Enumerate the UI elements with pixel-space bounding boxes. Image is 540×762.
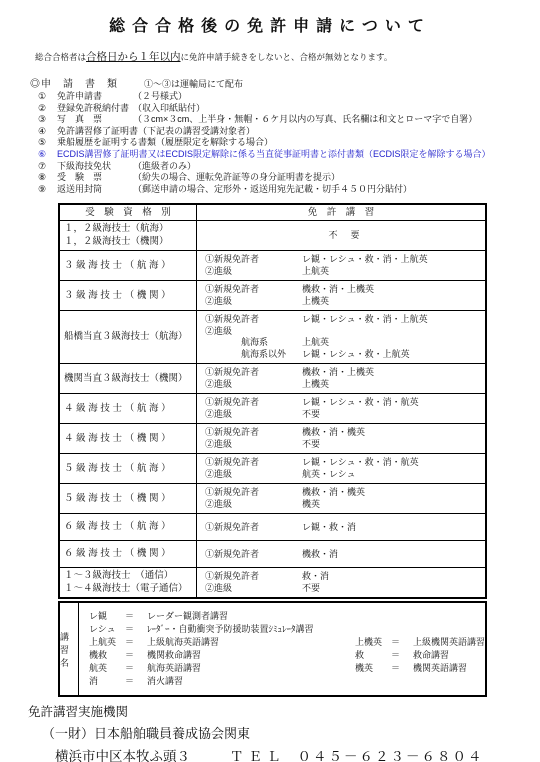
table-header-row: 受 験 資 格 別 免 許 講 習 — [60, 205, 485, 221]
table-row-grade5-nav: ５ 級 海 技 士 （ 航 海 ） ①新規免許者レ観・レシュ・救・消・航英 ②進… — [60, 454, 485, 484]
document-page: 総合合格後の免許申請について 総合合格者は合格日から１年以内に免許申請手続きをし… — [0, 0, 540, 762]
document-item-3: ③写 真 票（３cm×３cm、上半身・無帽・６ケ月以内の写真、氏名欄は和文とロー… — [38, 114, 540, 126]
legend-line: 機救＝機関救命講習救＝救命講習 — [89, 649, 485, 662]
documents-heading-label: ◎申 請 書 類 — [30, 79, 118, 91]
legend-line: レ観＝レーダー観測者講習 — [89, 610, 485, 623]
document-item-6-ecdis: ⑥ECDIS講習修了証明書又はECDIS限定解除に係る当直従事証明書と添付書類（… — [38, 149, 540, 161]
document-item-1: ①免許申請書（２号様式） — [38, 91, 540, 103]
table-row-grade6-nav: ６ 級 海 技 士 （ 航 海 ） ①新規免許者レ観・救・消 — [60, 514, 485, 541]
header-license-course: 免 許 講 習 — [197, 205, 485, 220]
validity-note-post: に免許申請手続きをしないと、合格が無効となります。 — [181, 52, 393, 62]
course-name-legend: 講習名 レ観＝レーダー観測者講習 レシュ＝ﾚｰﾀﾞｰ・自動衝突予防援助装置ｼﾐｭ… — [58, 601, 487, 697]
header-qualification: 受 験 資 格 別 — [60, 205, 197, 220]
qualification-course-table: 受 験 資 格 別 免 許 講 習 １，２級海技士（航海）１，２級海技士（機関）… — [58, 203, 487, 599]
documents-heading-note: ①～③は運輸局にて配布 — [144, 78, 243, 90]
table-row-grade12: １，２級海技士（航海）１，２級海技士（機関） 不 要 — [60, 221, 485, 251]
legend-line: レシュ＝ﾚｰﾀﾞｰ・自動衝突予防援助装置ｼﾐｭﾚｰﾀ講習 — [89, 623, 485, 636]
legend-line: 消＝消火講習 — [89, 675, 485, 688]
document-title: 総合合格後の免許申請について — [0, 0, 540, 36]
organization-name: （一財）日本船舶職員養成協会関東 — [42, 723, 540, 742]
organization-address: 横浜市中区本牧ふ頭３ — [55, 745, 190, 762]
table-row-radio-comm: １～３級海技士 （通信）１～４級海技士（電子通信） ①新規免許者救・消 ②進級不… — [60, 568, 485, 597]
application-documents-section: ◎申 請 書 類 ①～③は運輸局にて配布 ①免許申請書（２号様式） ②登録免許税… — [30, 78, 540, 195]
table-row-bridge-watch-grade3-nav: 船橋当直３級海技士（航海） ①新規免許者レ観・レシュ・救・消・上航英 ②進級 航… — [60, 311, 485, 364]
legend-label: 講習名 — [60, 603, 79, 695]
tel-label: ＴＥＬ — [230, 745, 286, 762]
table-row-engine-watch-grade3-eng: 機関当直３級海技士（機関） ①新規免許者機救・消・上機英 ②進級上機英 — [60, 364, 485, 394]
document-item-9: ⑨返送用封筒（郵送申請の場合、定形外・返送用宛先記載・切手４５０円分貼付） — [38, 184, 540, 196]
table-row-grade3-nav: ３ 級 海 技 士 （ 航 海 ） ①新規免許者レ観・レシュ・救・消・上航英 ②… — [60, 251, 485, 281]
legend-line: 航英＝航海英語講習機英＝機関英語講習 — [89, 662, 485, 675]
validity-note-pre: 総合合格者は — [35, 52, 86, 62]
table-row-grade5-eng: ５ 級 海 技 士 （ 機 関 ） ①新規免許者機救・消・機英 ②進級機英 — [60, 484, 485, 514]
document-item-5: ⑤乗船履歴を証明する書類（履歴限定を解除する場合） — [38, 137, 540, 149]
legend-line: 上航英＝上級航海英語講習上機英＝上級機関英語講習 — [89, 636, 485, 649]
validity-note: 総合合格者は合格日から１年以内に免許申請手続きをしないと、合格が無効となります。 — [35, 49, 540, 64]
validity-deadline-underlined: 合格日から１年以内 — [86, 51, 181, 63]
table-row-grade4-eng: ４ 級 海 技 士 （ 機 関 ） ①新規免許者機救・消・機英 ②進級不要 — [60, 424, 485, 454]
table-row-grade3-eng: ３ 級 海 技 士 （ 機 関 ） ①新規免許者機救・消・上機英 ②進級上機英 — [60, 281, 485, 311]
table-row-grade6-eng: ６ 級 海 技 士 （ 機 関 ） ①新規免許者機救・消 — [60, 541, 485, 568]
document-item-7: ⑦下級海技免状（進級者のみ） — [38, 161, 540, 173]
issuing-organization-heading: 免許講習実施機関 — [28, 702, 540, 720]
organization-address-tel: 横浜市中区本牧ふ頭３ ＴＥＬ ０４５－６２３－６８０４ — [55, 745, 540, 762]
tel-number: ０４５－６２３－６８０４ — [298, 745, 484, 762]
document-item-4: ④免許講習修了証明書（下記表の講習受講対象者） — [38, 126, 540, 138]
table-row-grade4-nav: ４ 級 海 技 士 （ 航 海 ） ①新規免許者レ観・レシュ・救・消・航英 ②進… — [60, 394, 485, 424]
document-item-8: ⑧受 験 票（紛失の場合、運転免許証等の身分証明書を提示） — [38, 172, 540, 184]
documents-heading: ◎申 請 書 類 ①～③は運輸局にて配布 — [30, 78, 540, 91]
document-item-2: ②登録免許税納付書（収入印紙貼付） — [38, 103, 540, 115]
